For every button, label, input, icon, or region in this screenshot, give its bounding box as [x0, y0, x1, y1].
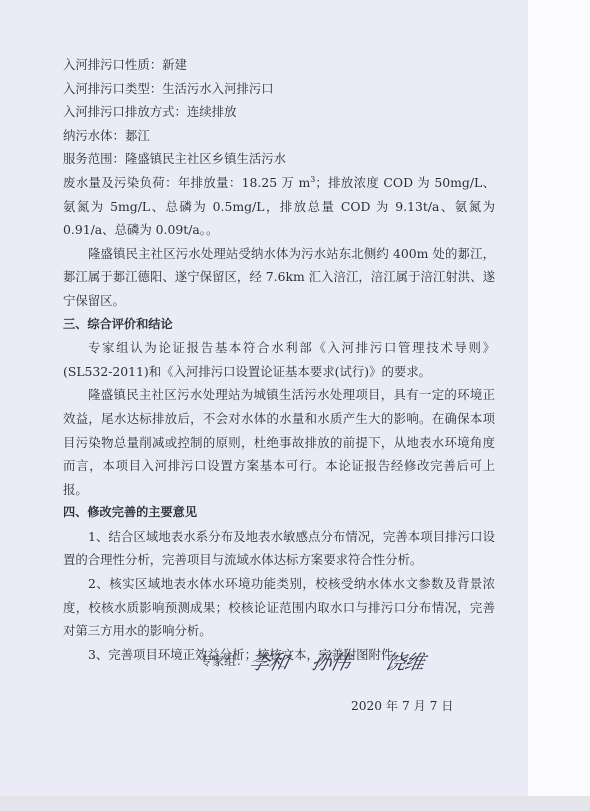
section-heading-conclusion: 三、综合评价和结论 — [63, 313, 495, 337]
field-outfall-type: 入河排污口类型：生活污水入河排污口 — [63, 77, 495, 101]
document-body: 入河排污口性质：新建 入河排污口类型：生活污水入河排污口 入河排污口排放方式：连… — [63, 53, 495, 666]
field-discharge-mode: 入河排污口排放方式：连续排放 — [63, 100, 495, 124]
scan-margin-right — [528, 0, 590, 811]
scan-margin-bottom — [0, 796, 590, 811]
handwritten-signature: 饶维 — [383, 646, 427, 675]
handwritten-signature: 孙伟 — [309, 646, 353, 675]
expert-group-label: 专家组： — [200, 652, 248, 669]
section-heading-revisions: 四、修改完善的主要意见 — [63, 501, 495, 525]
field-outfall-nature: 入河排污口性质：新建 — [63, 53, 495, 77]
revision-item: 2、核实区域地表水体水环境功能类别，校核受纳水体水文参数及背景浓度，校核水质影响… — [63, 572, 495, 643]
conclusion-paragraph: 隆盛镇民主社区污水处理站为城镇生活污水处理项目，具有一定的环境正效益，尾水达标排… — [63, 383, 495, 501]
field-receiving-water: 纳污水体：郪江 — [63, 124, 495, 148]
document-date: 2020 年 7 月 7 日 — [351, 697, 453, 714]
field-service-scope: 服务范围：隆盛镇民主社区乡镇生活污水 — [63, 147, 495, 171]
pollution-load-paragraph: 废水量及污染负荷：年排放量：18.25 万 m3；排放浓度 COD 为 50mg… — [63, 171, 495, 242]
revision-item: 1、结合区域地表水系分布及地表水敏感点分布情况，完善本项目排污口设置的合理性分析… — [63, 525, 495, 572]
receiving-water-paragraph: 隆盛镇民主社区污水处理站受纳水体为污水站东北侧约 400m 处的郪江，郪江属于郪… — [63, 242, 495, 313]
handwritten-signature: 李和 — [247, 646, 291, 675]
conclusion-paragraph: 专家组认为论证报告基本符合水利部《入河排污口管理技术导则》(SL532-2011… — [63, 336, 495, 383]
expert-signature-row: 专家组： 李和 孙伟 饶维 — [200, 640, 424, 680]
